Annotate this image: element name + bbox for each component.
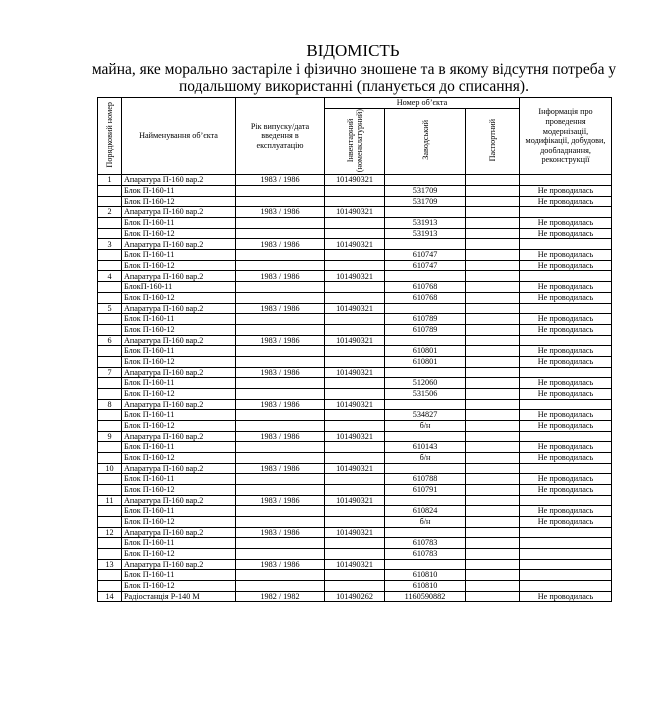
cell-factory: 610143 (385, 442, 466, 453)
cell-passport (466, 260, 520, 271)
table-row: Блок П-160-12610747Не проводилась (98, 260, 612, 271)
cell-passport (466, 378, 520, 389)
cell-passport (466, 218, 520, 229)
table-row: Блок П-160-12б/нНе проводилась (98, 420, 612, 431)
cell-inventory: 101490321 (325, 271, 385, 282)
cell-year (236, 250, 325, 261)
cell-name: Апаратура П-160 вар.2 (122, 367, 236, 378)
table-row: 11Апаратура П-160 вар.21983 / 1986101490… (98, 495, 612, 506)
cell-factory: 610747 (385, 250, 466, 261)
cell-year (236, 516, 325, 527)
cell-info: Не проводилась (520, 378, 612, 389)
cell-factory (385, 559, 466, 570)
cell-name: БлокП-160-11 (122, 282, 236, 293)
cell-passport (466, 538, 520, 549)
cell-year (236, 506, 325, 517)
cell-passport (466, 228, 520, 239)
cell-factory: 610791 (385, 484, 466, 495)
cell-num (98, 314, 122, 325)
table-row: 7Апаратура П-160 вар.21983 / 19861014903… (98, 367, 612, 378)
cell-num (98, 292, 122, 303)
cell-passport (466, 484, 520, 495)
cell-factory: 610768 (385, 282, 466, 293)
cell-inventory (325, 474, 385, 485)
cell-year: 1983 / 1986 (236, 207, 325, 218)
cell-factory: 610810 (385, 580, 466, 591)
cell-num (98, 346, 122, 357)
cell-num (98, 410, 122, 421)
cell-info: Не проводилась (520, 452, 612, 463)
cell-factory: 610747 (385, 260, 466, 271)
cell-year (236, 548, 325, 559)
cell-year: 1983 / 1986 (236, 239, 325, 250)
cell-passport (466, 495, 520, 506)
cell-name: Апаратура П-160 вар.2 (122, 303, 236, 314)
cell-year: 1983 / 1986 (236, 399, 325, 410)
cell-info: Не проводилась (520, 292, 612, 303)
cell-name: Апаратура П-160 вар.2 (122, 207, 236, 218)
cell-passport (466, 559, 520, 570)
cell-factory (385, 431, 466, 442)
table-row: 12Апаратура П-160 вар.21983 / 1986101490… (98, 527, 612, 538)
cell-factory (385, 335, 466, 346)
cell-factory: 610801 (385, 356, 466, 367)
cell-info: Не проводилась (520, 410, 612, 421)
cell-info (520, 559, 612, 570)
table-row: 13Апаратура П-160 вар.21983 / 1986101490… (98, 559, 612, 570)
cell-inventory: 101490321 (325, 175, 385, 186)
cell-year (236, 346, 325, 357)
cell-year (236, 356, 325, 367)
cell-inventory (325, 314, 385, 325)
cell-year: 1983 / 1986 (236, 559, 325, 570)
cell-year (236, 580, 325, 591)
cell-name: Блок П-160-12 (122, 324, 236, 335)
table-row: Блок П-160-11531913Не проводилась (98, 218, 612, 229)
table-row: Блок П-160-12610789Не проводилась (98, 324, 612, 335)
cell-factory: 512060 (385, 378, 466, 389)
cell-num: 8 (98, 399, 122, 410)
table-row: 5Апаратура П-160 вар.21983 / 19861014903… (98, 303, 612, 314)
cell-factory (385, 271, 466, 282)
cell-num (98, 378, 122, 389)
cell-num (98, 228, 122, 239)
cell-num: 10 (98, 463, 122, 474)
table-row: 9Апаратура П-160 вар.21983 / 19861014903… (98, 431, 612, 442)
cell-passport (466, 516, 520, 527)
cell-name: Блок П-160-11 (122, 218, 236, 229)
cell-factory: 531506 (385, 388, 466, 399)
cell-passport (466, 324, 520, 335)
cell-name: Блок П-160-12 (122, 196, 236, 207)
cell-passport (466, 388, 520, 399)
table-row: 2Апаратура П-160 вар.21983 / 19861014903… (98, 207, 612, 218)
cell-year (236, 196, 325, 207)
table-row: Блок П-160-11610789Не проводилась (98, 314, 612, 325)
cell-name: Блок П-160-12 (122, 388, 236, 399)
cell-info: Не проводилась (520, 516, 612, 527)
cell-inventory (325, 410, 385, 421)
cell-passport (466, 335, 520, 346)
cell-year (236, 420, 325, 431)
cell-name: Апаратура П-160 вар.2 (122, 335, 236, 346)
cell-year (236, 314, 325, 325)
cell-passport (466, 303, 520, 314)
cell-num (98, 250, 122, 261)
cell-info: Не проводилась (520, 250, 612, 261)
header-passport: Паспортний (466, 108, 520, 175)
cell-inventory (325, 324, 385, 335)
cell-num (98, 452, 122, 463)
cell-factory (385, 303, 466, 314)
cell-info (520, 271, 612, 282)
cell-name: Блок П-160-12 (122, 548, 236, 559)
cell-factory (385, 367, 466, 378)
cell-info: Не проводилась (520, 442, 612, 453)
table-row: БлокП-160-11610768Не проводилась (98, 282, 612, 293)
cell-year (236, 378, 325, 389)
table-row: Блок П-160-12610768Не проводилась (98, 292, 612, 303)
cell-inventory: 101490321 (325, 367, 385, 378)
cell-info (520, 431, 612, 442)
table-row: Блок П-160-11610824Не проводилась (98, 506, 612, 517)
cell-name: Блок П-160-12 (122, 228, 236, 239)
table-row: Блок П-160-11512060Не проводилась (98, 378, 612, 389)
cell-name: Блок П-160-12 (122, 516, 236, 527)
cell-name: Блок П-160-12 (122, 580, 236, 591)
cell-factory: 610768 (385, 292, 466, 303)
cell-num: 14 (98, 591, 122, 602)
cell-year: 1983 / 1986 (236, 271, 325, 282)
cell-passport (466, 431, 520, 442)
cell-passport (466, 527, 520, 538)
cell-inventory (325, 548, 385, 559)
cell-passport (466, 356, 520, 367)
cell-info: Не проводилась (520, 388, 612, 399)
cell-passport (466, 239, 520, 250)
cell-inventory (325, 580, 385, 591)
table-row: 6Апаратура П-160 вар.21983 / 19861014903… (98, 335, 612, 346)
cell-name: Блок П-160-12 (122, 260, 236, 271)
header-inventory: Інвентарний (номенклатурний) (325, 108, 385, 175)
cell-passport (466, 548, 520, 559)
cell-inventory (325, 538, 385, 549)
cell-inventory: 101490321 (325, 559, 385, 570)
cell-passport (466, 292, 520, 303)
cell-passport (466, 474, 520, 485)
cell-inventory (325, 356, 385, 367)
cell-name: Апаратура П-160 вар.2 (122, 399, 236, 410)
table-row: Блок П-160-11531709Не проводилась (98, 186, 612, 197)
cell-name: Апаратура П-160 вар.2 (122, 431, 236, 442)
table-row: Блок П-160-12531913Не проводилась (98, 228, 612, 239)
cell-inventory (325, 570, 385, 581)
cell-passport (466, 186, 520, 197)
cell-name: Блок П-160-11 (122, 314, 236, 325)
cell-year (236, 292, 325, 303)
cell-year: 1983 / 1986 (236, 431, 325, 442)
cell-name: Блок П-160-12 (122, 484, 236, 495)
cell-num (98, 196, 122, 207)
cell-year: 1983 / 1986 (236, 303, 325, 314)
cell-info (520, 527, 612, 538)
cell-factory: 531709 (385, 186, 466, 197)
cell-factory (385, 207, 466, 218)
cell-passport (466, 410, 520, 421)
cell-info: Не проводилась (520, 228, 612, 239)
cell-inventory (325, 282, 385, 293)
cell-info: Не проводилась (520, 474, 612, 485)
cell-num: 6 (98, 335, 122, 346)
cell-num (98, 548, 122, 559)
cell-info: Не проводилась (520, 218, 612, 229)
cell-factory: б/н (385, 420, 466, 431)
cell-passport (466, 570, 520, 581)
cell-year (236, 218, 325, 229)
table-row: Блок П-160-12610791Не проводилась (98, 484, 612, 495)
cell-num (98, 516, 122, 527)
cell-num (98, 356, 122, 367)
cell-passport (466, 346, 520, 357)
cell-info (520, 207, 612, 218)
table-row: Блок П-160-11534827Не проводилась (98, 410, 612, 421)
cell-year: 1982 / 1982 (236, 591, 325, 602)
cell-name: Апаратура П-160 вар.2 (122, 239, 236, 250)
cell-year (236, 474, 325, 485)
cell-info: Не проводилась (520, 196, 612, 207)
cell-info (520, 495, 612, 506)
cell-num: 3 (98, 239, 122, 250)
cell-info: Не проводилась (520, 356, 612, 367)
cell-num (98, 442, 122, 453)
cell-name: Блок П-160-11 (122, 250, 236, 261)
cell-year (236, 228, 325, 239)
cell-inventory: 101490321 (325, 399, 385, 410)
table-row: Блок П-160-12б/нНе проводилась (98, 452, 612, 463)
cell-num (98, 218, 122, 229)
cell-inventory: 101490321 (325, 495, 385, 506)
table-row: Блок П-160-12531506Не проводилась (98, 388, 612, 399)
cell-inventory: 101490321 (325, 463, 385, 474)
document-subtitle: майна, яке морально застаріле і фізично … (80, 61, 628, 95)
cell-passport (466, 250, 520, 261)
cell-name: Блок П-160-11 (122, 346, 236, 357)
cell-year (236, 388, 325, 399)
cell-factory: 1160590882 (385, 591, 466, 602)
cell-factory: 610824 (385, 506, 466, 517)
cell-info: Не проводилась (520, 186, 612, 197)
cell-year (236, 282, 325, 293)
cell-factory: 610783 (385, 548, 466, 559)
cell-info: Не проводилась (520, 346, 612, 357)
cell-factory: 610783 (385, 538, 466, 549)
cell-name: Апаратура П-160 вар.2 (122, 495, 236, 506)
cell-passport (466, 452, 520, 463)
table-row: Блок П-160-12610783 (98, 548, 612, 559)
cell-info: Не проводилась (520, 282, 612, 293)
header-name: Найменування об’єкта (122, 98, 236, 175)
cell-year (236, 324, 325, 335)
cell-info (520, 399, 612, 410)
cell-info: Не проводилась (520, 260, 612, 271)
cell-factory: 610788 (385, 474, 466, 485)
document-title: ВІДОМІСТЬ (0, 42, 646, 60)
cell-num (98, 388, 122, 399)
cell-name: Блок П-160-11 (122, 410, 236, 421)
cell-inventory: 101490321 (325, 527, 385, 538)
cell-passport (466, 367, 520, 378)
cell-year (236, 538, 325, 549)
cell-year (236, 442, 325, 453)
cell-info: Не проводилась (520, 506, 612, 517)
cell-year (236, 570, 325, 581)
cell-factory: 610789 (385, 324, 466, 335)
cell-inventory: 101490321 (325, 239, 385, 250)
cell-year: 1983 / 1986 (236, 495, 325, 506)
cell-year: 1983 / 1986 (236, 175, 325, 186)
table-row: 3Апаратура П-160 вар.21983 / 19861014903… (98, 239, 612, 250)
cell-factory (385, 463, 466, 474)
cell-passport (466, 271, 520, 282)
table-row: Блок П-160-12610810 (98, 580, 612, 591)
cell-factory (385, 495, 466, 506)
cell-name: Апаратура П-160 вар.2 (122, 463, 236, 474)
cell-factory: 534827 (385, 410, 466, 421)
cell-inventory (325, 506, 385, 517)
cell-info (520, 239, 612, 250)
property-register-table: Порядковий номер Найменування об’єкта Рі… (97, 97, 612, 602)
table-row: Блок П-160-11610810 (98, 570, 612, 581)
cell-inventory (325, 442, 385, 453)
cell-passport (466, 175, 520, 186)
cell-name: Блок П-160-11 (122, 538, 236, 549)
cell-inventory: 101490321 (325, 431, 385, 442)
cell-name: Блок П-160-11 (122, 506, 236, 517)
cell-inventory (325, 378, 385, 389)
cell-year: 1983 / 1986 (236, 335, 325, 346)
cell-year (236, 410, 325, 421)
table-row: 14Радіостанція Р-140 М1982 / 19821014902… (98, 591, 612, 602)
cell-passport (466, 282, 520, 293)
cell-name: Апаратура П-160 вар.2 (122, 559, 236, 570)
cell-inventory (325, 484, 385, 495)
cell-info: Не проводилась (520, 324, 612, 335)
cell-name: Апаратура П-160 вар.2 (122, 527, 236, 538)
cell-name: Блок П-160-11 (122, 378, 236, 389)
cell-name: Радіостанція Р-140 М (122, 591, 236, 602)
cell-name: Блок П-160-12 (122, 356, 236, 367)
cell-info: Не проводилась (520, 484, 612, 495)
cell-info (520, 538, 612, 549)
cell-num: 7 (98, 367, 122, 378)
cell-passport (466, 420, 520, 431)
cell-year: 1983 / 1986 (236, 367, 325, 378)
cell-inventory: 101490262 (325, 591, 385, 602)
cell-factory (385, 175, 466, 186)
cell-year (236, 452, 325, 463)
cell-inventory: 101490321 (325, 207, 385, 218)
cell-name: Блок П-160-11 (122, 474, 236, 485)
cell-name: Блок П-160-11 (122, 570, 236, 581)
cell-year (236, 186, 325, 197)
header-year: Рік випуску/дата введення в експлуатацію (236, 98, 325, 175)
cell-num: 5 (98, 303, 122, 314)
table-row: 10Апаратура П-160 вар.21983 / 1986101490… (98, 463, 612, 474)
cell-num (98, 324, 122, 335)
cell-factory: 610801 (385, 346, 466, 357)
cell-factory: 531709 (385, 196, 466, 207)
cell-year (236, 260, 325, 271)
cell-factory (385, 399, 466, 410)
cell-num: 13 (98, 559, 122, 570)
table-row: Блок П-160-11610783 (98, 538, 612, 549)
cell-name: Блок П-160-12 (122, 452, 236, 463)
cell-inventory (325, 420, 385, 431)
cell-inventory (325, 196, 385, 207)
cell-num (98, 260, 122, 271)
cell-num: 12 (98, 527, 122, 538)
cell-year (236, 484, 325, 495)
cell-info (520, 335, 612, 346)
cell-num: 1 (98, 175, 122, 186)
cell-info (520, 463, 612, 474)
cell-passport (466, 463, 520, 474)
cell-factory: б/н (385, 516, 466, 527)
cell-passport (466, 442, 520, 453)
header-factory: Заводський (385, 108, 466, 175)
cell-num (98, 570, 122, 581)
cell-passport (466, 580, 520, 591)
cell-num (98, 282, 122, 293)
cell-inventory (325, 186, 385, 197)
cell-num: 11 (98, 495, 122, 506)
cell-num (98, 474, 122, 485)
table-row: Блок П-160-12б/нНе проводилась (98, 516, 612, 527)
cell-info (520, 175, 612, 186)
cell-inventory (325, 346, 385, 357)
cell-info: Не проводилась (520, 591, 612, 602)
cell-num (98, 580, 122, 591)
header-info: Інформація про проведення модернізації, … (520, 98, 612, 175)
cell-year: 1983 / 1986 (236, 463, 325, 474)
header-num: Порядковий номер (98, 98, 122, 175)
cell-inventory (325, 516, 385, 527)
cell-factory (385, 239, 466, 250)
cell-factory (385, 527, 466, 538)
cell-num: 4 (98, 271, 122, 282)
cell-num (98, 538, 122, 549)
cell-factory: 610810 (385, 570, 466, 581)
table-row: 1Апаратура П-160 вар.21983 / 19861014903… (98, 175, 612, 186)
cell-info: Не проводилась (520, 314, 612, 325)
table-row: Блок П-160-11610747Не проводилась (98, 250, 612, 261)
cell-name: Апаратура П-160 вар.2 (122, 271, 236, 282)
cell-num (98, 420, 122, 431)
cell-name: Апаратура П-160 вар.2 (122, 175, 236, 186)
cell-inventory (325, 388, 385, 399)
cell-year: 1983 / 1986 (236, 527, 325, 538)
table-row: Блок П-160-11610788Не проводилась (98, 474, 612, 485)
cell-inventory (325, 218, 385, 229)
cell-factory: 531913 (385, 228, 466, 239)
cell-inventory (325, 250, 385, 261)
table-row: Блок П-160-11610143Не проводилась (98, 442, 612, 453)
cell-name: Блок П-160-11 (122, 186, 236, 197)
cell-passport (466, 506, 520, 517)
cell-name: Блок П-160-12 (122, 292, 236, 303)
table-row: Блок П-160-11610801Не проводилась (98, 346, 612, 357)
cell-inventory: 101490321 (325, 335, 385, 346)
